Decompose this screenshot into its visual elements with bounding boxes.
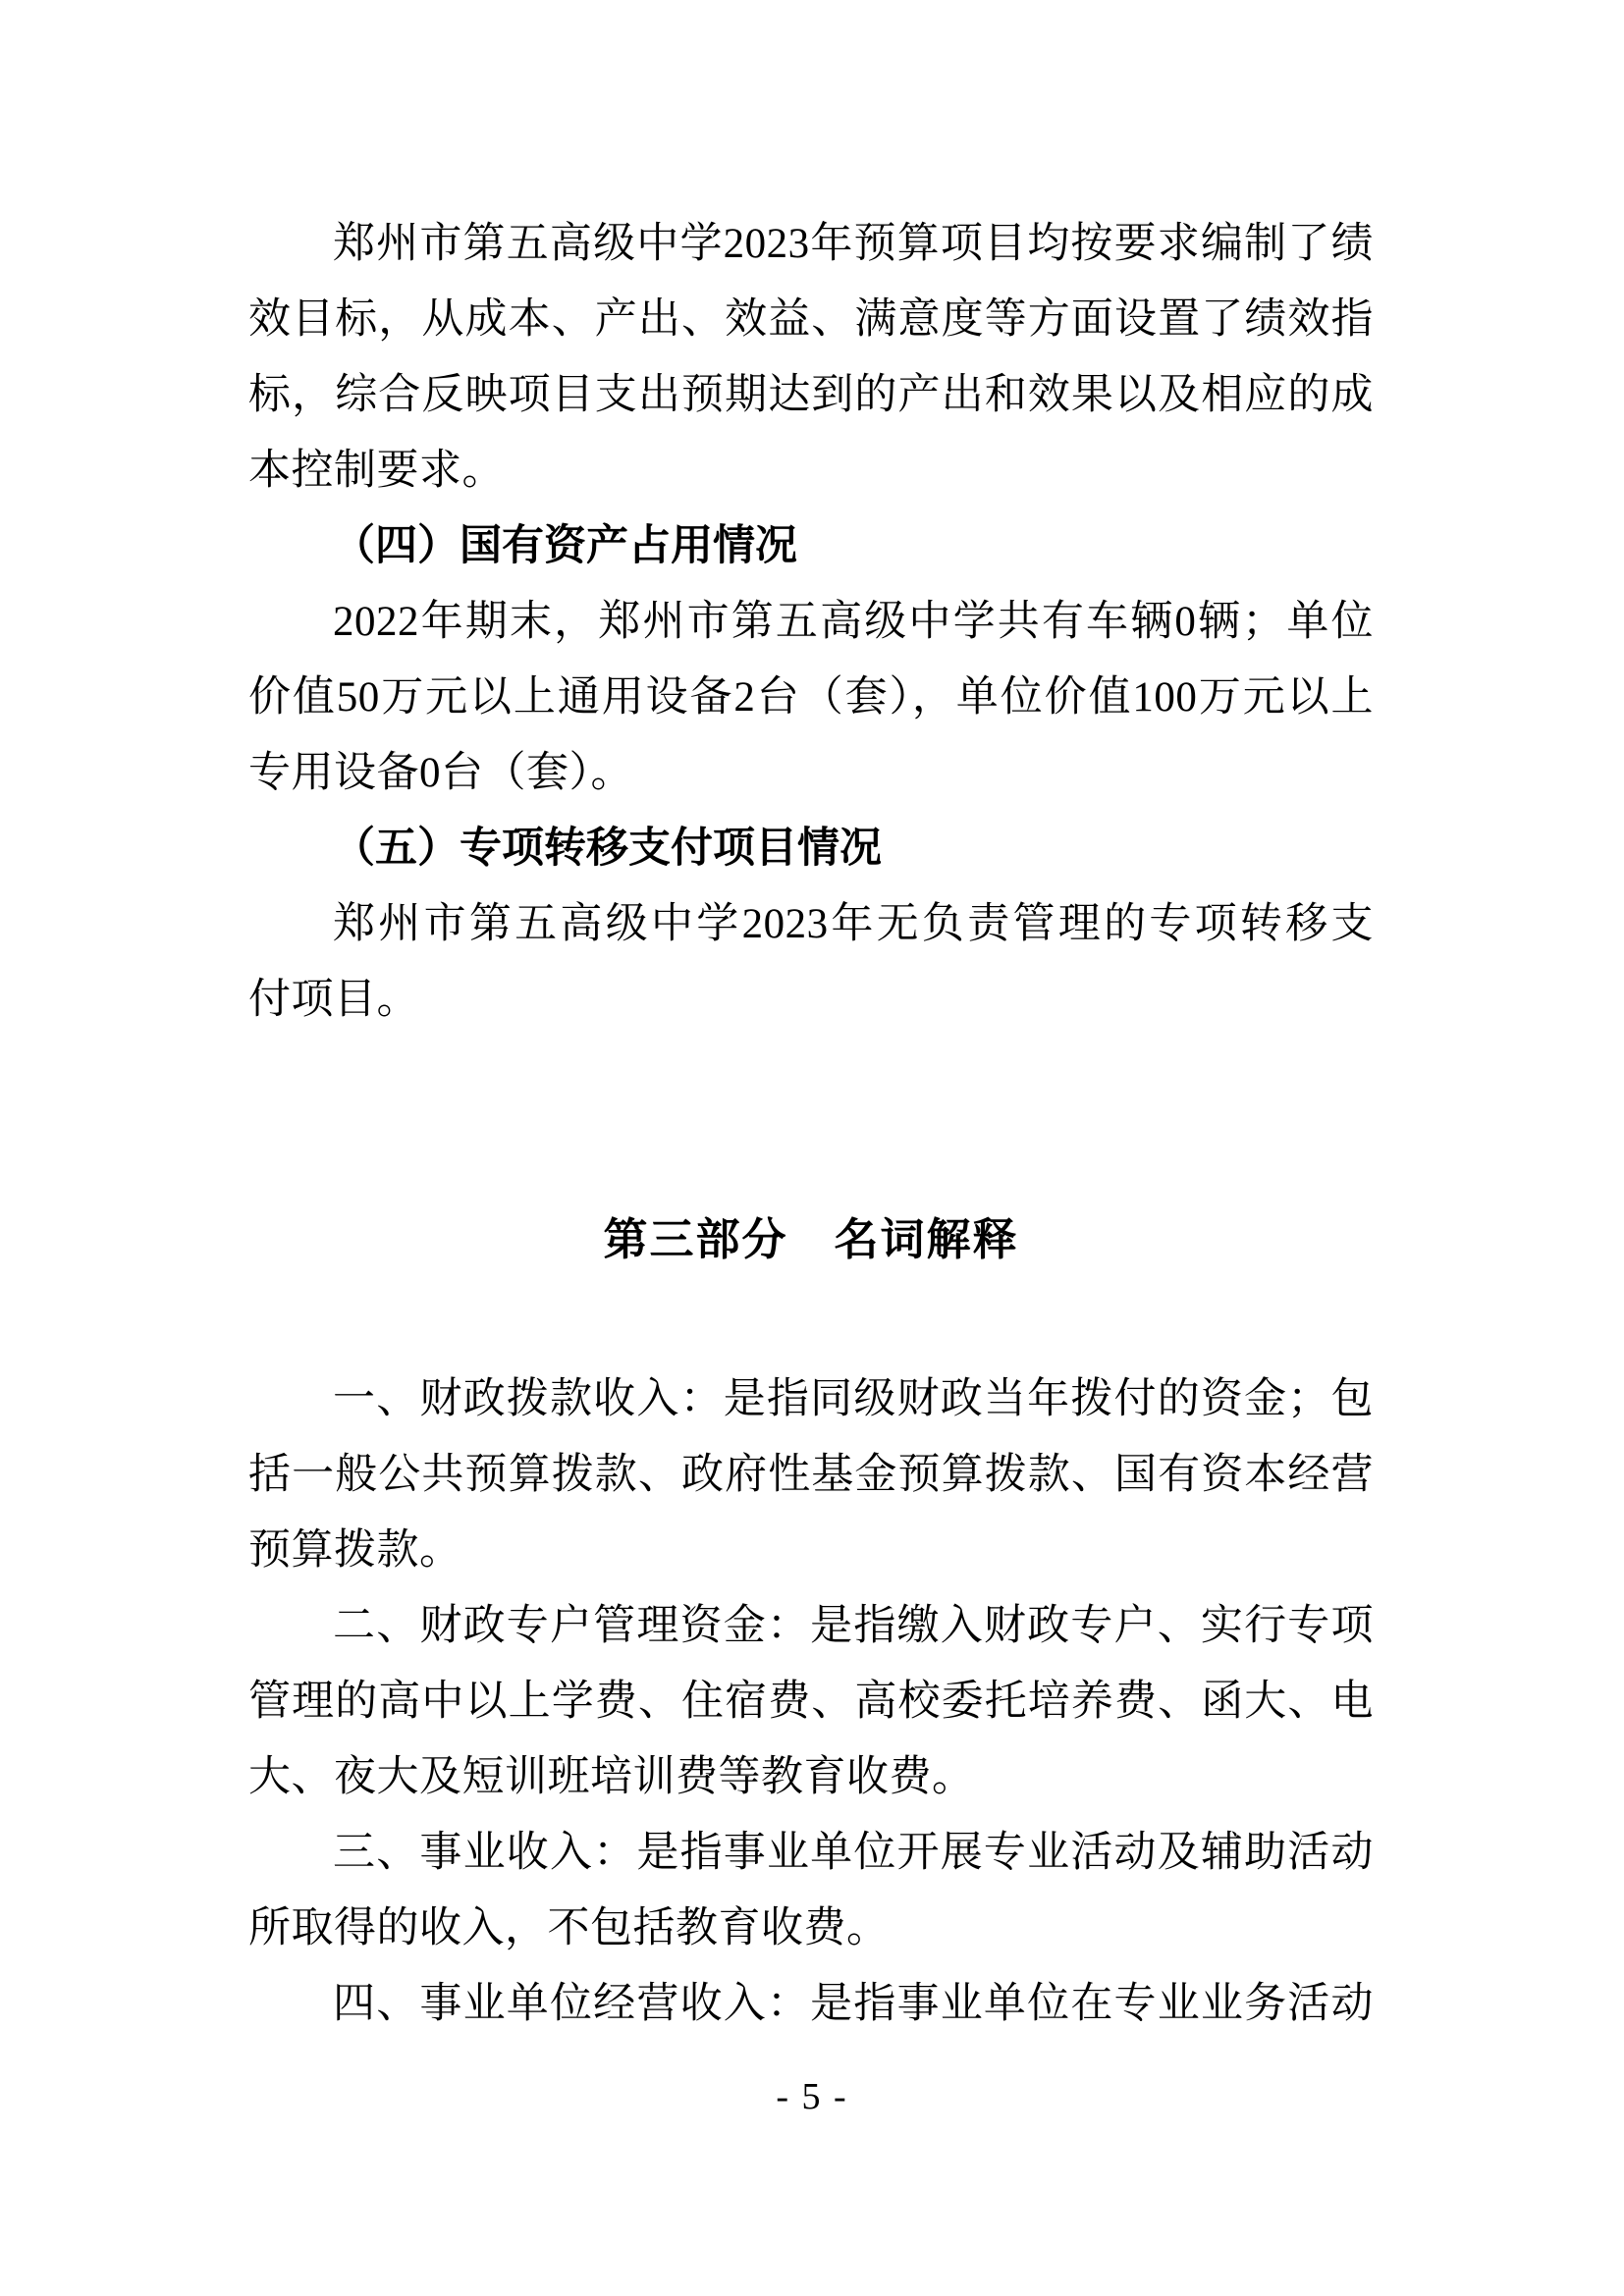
text-line: 付项目。 bbox=[248, 962, 1374, 1038]
text-line: 一、财政拨款收入：是指同级财政当年拨付的资金；包 bbox=[248, 1362, 1374, 1437]
term-operating-income: 四、事业单位经营收入：是指事业单位在专业业务活动 bbox=[248, 1966, 1374, 2042]
text-line: 郑州市第五高级中学2023年无负责管理的专项转移支 bbox=[248, 886, 1374, 962]
term-institution-income: 三、事业收入：是指事业单位开展专业活动及辅助活动 所取得的收入，不包括教育收费。 bbox=[248, 1815, 1374, 1966]
text-line: 郑州市第五高级中学2023年预算项目均按要求编制了绩 bbox=[248, 206, 1374, 282]
term-fiscal-account-funds: 二、财政专户管理资金：是指缴入财政专户、实行专项 管理的高中以上学费、住宿费、高… bbox=[248, 1588, 1374, 1815]
heading-transfer-payment: （五）专项转移支付项目情况 bbox=[248, 811, 1374, 886]
text-line: 二、财政专户管理资金：是指缴入财政专户、实行专项 bbox=[248, 1588, 1374, 1664]
heading-state-assets: （四）国有资产占用情况 bbox=[248, 508, 1374, 584]
paragraph-performance-targets: 郑州市第五高级中学2023年预算项目均按要求编制了绩 效目标，从成本、产出、效益… bbox=[248, 206, 1374, 508]
text-line: 2022年期末，郑州市第五高级中学共有车辆0辆；单位 bbox=[248, 584, 1374, 660]
text-line: 本控制要求。 bbox=[248, 433, 1374, 508]
text-line: 四、事业单位经营收入：是指事业单位在专业业务活动 bbox=[248, 1966, 1374, 2042]
text-line: 括一般公共预算拨款、政府性基金预算拨款、国有资本经营 bbox=[248, 1437, 1374, 1513]
paragraph-transfer-payment: 郑州市第五高级中学2023年无负责管理的专项转移支 付项目。 bbox=[248, 886, 1374, 1038]
text-line: 专用设备0台（套）。 bbox=[248, 735, 1374, 811]
text-line: 标，综合反映项目支出预期达到的产出和效果以及相应的成 bbox=[248, 357, 1374, 433]
text-line: 效目标，从成本、产出、效益、满意度等方面设置了绩效指 bbox=[248, 282, 1374, 357]
document-page: 郑州市第五高级中学2023年预算项目均按要求编制了绩 效目标，从成本、产出、效益… bbox=[0, 0, 1624, 2296]
body-text: 郑州市第五高级中学2023年预算项目均按要求编制了绩 效目标，从成本、产出、效益… bbox=[248, 206, 1374, 2042]
term-fiscal-appropriation: 一、财政拨款收入：是指同级财政当年拨付的资金；包 括一般公共预算拨款、政府性基金… bbox=[248, 1362, 1374, 1588]
paragraph-state-assets: 2022年期末，郑州市第五高级中学共有车辆0辆；单位 价值50万元以上通用设备2… bbox=[248, 584, 1374, 811]
text-line: 所取得的收入，不包括教育收费。 bbox=[248, 1891, 1374, 1966]
text-line: 管理的高中以上学费、住宿费、高校委托培养费、函大、电 bbox=[248, 1664, 1374, 1739]
text-line: 价值50万元以上通用设备2台（套），单位价值100万元以上 bbox=[248, 660, 1374, 735]
text-line: 三、事业收入：是指事业单位开展专业活动及辅助活动 bbox=[248, 1815, 1374, 1891]
part-three-title: 第三部分 名词解释 bbox=[248, 1201, 1374, 1277]
text-line: 大、夜大及短训班培训费等教育收费。 bbox=[248, 1739, 1374, 1815]
text-line: 预算拨款。 bbox=[248, 1513, 1374, 1588]
page-number: - 5 - bbox=[0, 2073, 1624, 2120]
